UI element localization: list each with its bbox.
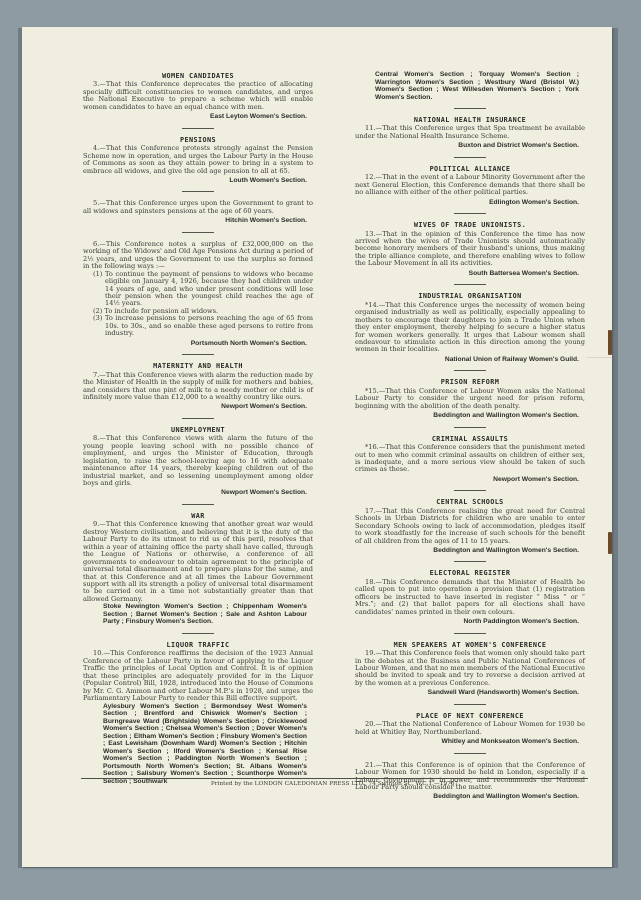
resolution-divider xyxy=(182,191,214,192)
proposer: Beddington and Wallington Women's Sectio… xyxy=(355,547,579,554)
resolution-text: 19.—That this Conference feels that wome… xyxy=(355,650,585,687)
section-heading: WOMEN CANDIDATES xyxy=(83,73,313,80)
proposer: Portsmouth North Women's Section. xyxy=(83,340,307,347)
proposer: Sandwell Ward (Handsworth) Women's Secti… xyxy=(355,689,579,696)
proposer-list: Stoke Newington Women's Section ; Chippe… xyxy=(103,603,307,626)
section-divider xyxy=(182,504,214,505)
section-divider xyxy=(454,561,486,562)
resolution-text: 9.—That this Conference knowing that ano… xyxy=(83,521,313,603)
resolution-text: 17.—That this Conference realising the g… xyxy=(355,508,585,545)
document-page: WOMEN CANDIDATES3.—That this Conference … xyxy=(22,27,612,867)
section-heading: MEN SPEAKERS AT WOMEN'S CONFERENCE xyxy=(355,642,585,649)
resolution-text: 7.—That this Conference views with alarm… xyxy=(83,372,313,402)
sublist-item: (3) To increase pensions to persons reac… xyxy=(93,315,313,337)
resolution-text: 8.—That this Conference views with alarm… xyxy=(83,435,313,487)
binding-tab xyxy=(608,330,612,355)
footer-divider xyxy=(81,778,588,779)
proposer: Edlington Women's Section. xyxy=(355,199,579,206)
resolution-text: 10.—This Conference reaffirms the decisi… xyxy=(83,650,313,702)
proposer: East Leyton Women's Section. xyxy=(83,113,307,120)
resolution-text: 3.—That this Conference deprecates the p… xyxy=(83,81,313,111)
section-divider xyxy=(454,108,486,109)
proposer: South Battersea Women's Section. xyxy=(355,270,579,277)
proposer: Newport Women's Section. xyxy=(355,476,579,483)
resolution-text: 12.—That in the event of a Labour Minori… xyxy=(355,174,585,196)
right-column: Central Women's Section ; Torquay Women'… xyxy=(355,71,585,801)
resolution-text: 5.—That this Conference urges upon the G… xyxy=(83,200,313,215)
proposer: Buxton and District Women's Section. xyxy=(355,142,579,149)
proposer: National Union of Railway Women's Guild. xyxy=(355,356,579,363)
proposer: Beddington and Wallington Women's Sectio… xyxy=(355,412,579,419)
section-divider xyxy=(182,633,214,634)
section-heading: MATERNITY AND HEALTH xyxy=(83,363,313,370)
continued-proposer-list: Central Women's Section ; Torquay Women'… xyxy=(375,71,579,101)
section-heading: INDUSTRIAL ORGANISATION xyxy=(355,293,585,300)
section-heading: CENTRAL SCHOOLS xyxy=(355,499,585,506)
proposer: Newport Women's Section. xyxy=(83,403,307,410)
proposer-list: Aylesbury Women's Section ; Bermondsey W… xyxy=(103,703,307,786)
proposer: Whitley and Monkseaton Women's Section. xyxy=(355,738,579,745)
section-divider xyxy=(454,370,486,371)
proposer: North Paddington Women's Section. xyxy=(355,618,579,625)
resolution-text: 6.—This Conference notes a surplus of £3… xyxy=(83,241,313,271)
section-heading: ELECTORAL REGISTER xyxy=(355,570,585,577)
binding-tab xyxy=(608,532,612,554)
section-divider xyxy=(454,284,486,285)
printer-imprint: Printed by the LONDON CALEDONIAN PRESS L… xyxy=(81,781,588,787)
section-heading: UNEMPLOYMENT xyxy=(83,427,313,434)
section-divider xyxy=(454,490,486,491)
section-divider xyxy=(182,128,214,129)
section-heading: NATIONAL HEALTH INSURANCE xyxy=(355,117,585,124)
section-heading: CRIMINAL ASSAULTS xyxy=(355,436,585,443)
resolution-text: *16.—That this Conference considers that… xyxy=(355,444,585,474)
section-heading: POLITICAL ALLIANCE xyxy=(355,166,585,173)
resolution-text: *14.—That this Conference urges the nece… xyxy=(355,302,585,354)
proposer: Newport Women's Section. xyxy=(83,489,307,496)
resolution-text: *15.—That this Conference of Labour Wome… xyxy=(355,388,585,410)
section-heading: PENSIONS xyxy=(83,137,313,144)
section-divider xyxy=(182,418,214,419)
section-heading: LIQUOR TRAFFIC xyxy=(83,642,313,649)
resolution-text: 13.—That in the opinion of this Conferen… xyxy=(355,231,585,268)
section-divider xyxy=(454,157,486,158)
resolution-sublist: (1) To continue the payment of pensions … xyxy=(93,271,313,338)
resolution-divider xyxy=(454,753,486,754)
section-divider xyxy=(454,427,486,428)
section-divider xyxy=(454,633,486,634)
section-heading: PRISON REFORM xyxy=(355,379,585,386)
left-column: WOMEN CANDIDATES3.—That this Conference … xyxy=(83,71,313,785)
resolution-text: 20.—That the National Conference of Labo… xyxy=(355,721,585,736)
resolution-text: 11.—That this Conference urges that Spa … xyxy=(355,125,585,140)
resolution-text: 18.—This Conference demands that the Min… xyxy=(355,579,585,616)
section-divider xyxy=(454,213,486,214)
proposer: Louth Women's Section. xyxy=(83,177,307,184)
section-divider xyxy=(454,704,486,705)
section-heading: WIVES OF TRADE UNIONISTS. xyxy=(355,222,585,229)
section-heading: WAR xyxy=(83,513,313,520)
sublist-item: (1) To continue the payment of pensions … xyxy=(93,271,313,308)
resolution-text: 4.—That this Conference protests strongl… xyxy=(83,145,313,175)
page-fold xyxy=(587,357,612,358)
resolution-divider xyxy=(182,232,214,233)
proposer: Beddington and Wallington Women's Sectio… xyxy=(355,793,579,800)
section-divider xyxy=(182,354,214,355)
section-heading: PLACE OF NEXT CONFERENCE xyxy=(355,713,585,720)
proposer: Hitchin Women's Section. xyxy=(83,217,307,224)
